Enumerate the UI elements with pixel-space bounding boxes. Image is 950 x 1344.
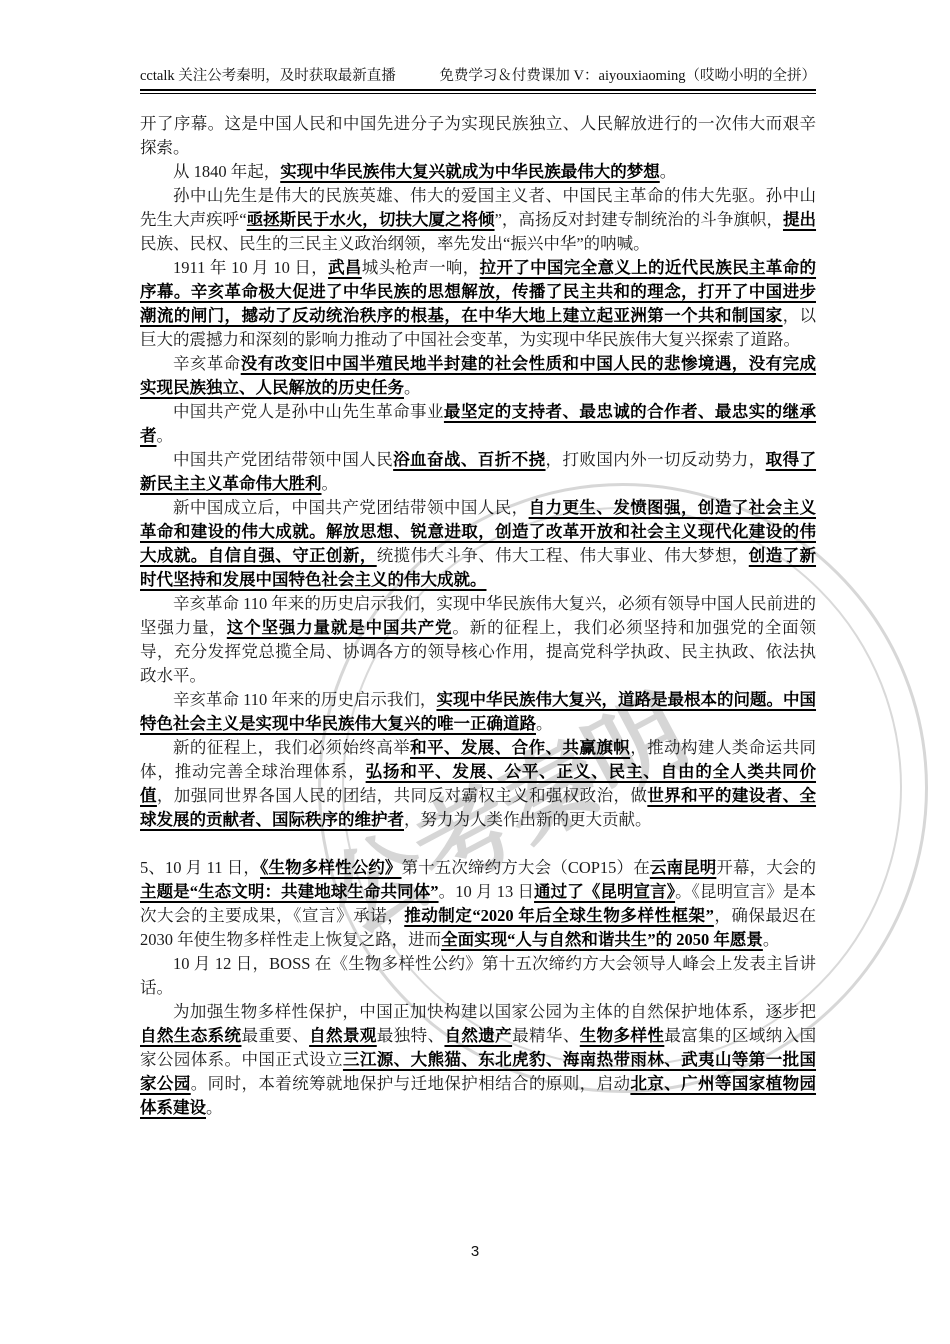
- emphasized-text: 自然景观: [309, 1026, 377, 1045]
- text-run: 。: [157, 426, 174, 445]
- text-run: ，努力为人类作出新的更大贡献。: [404, 810, 652, 829]
- emphasized-text: 没有改变旧中国半殖民地半封建的社会性质和中国人民的悲惨境遇，没有完成实现民族独立…: [140, 354, 816, 397]
- emphasized-text: 推动制定“2020 年后全球生物多样性框架”: [404, 906, 714, 925]
- paragraph: 辛亥革命 110 年来的历史启示我们，实现中华民族伟大复兴，道路是最根本的问题。…: [140, 688, 816, 736]
- document-page: 公考秦明 cctalk 关注公考秦明，及时获取最新直播 免费学习＆付费课加 V：…: [0, 0, 950, 1344]
- page-footer: 3: [0, 1243, 950, 1260]
- text-run: 新中国成立后，中国共产党团结带领中国人民，: [173, 498, 529, 517]
- page-number: 3: [471, 1243, 479, 1260]
- header-right-text: 免费学习＆付费课加 V：aiyouxiaoming（哎呦小明的全拼）: [439, 66, 816, 86]
- text-run: 。: [206, 1098, 223, 1117]
- paragraph: 开了序幕。这是中国人民和中国先进分子为实现民族独立、人民解放进行的一次伟大而艰辛…: [140, 112, 816, 160]
- paragraph: 辛亥革命 110 年来的历史启示我们，实现中华民族伟大复兴，必须有领导中国人民前…: [140, 592, 816, 688]
- emphasized-text: 《生物多样性公约》: [260, 858, 401, 877]
- text-run: 开了序幕。这是中国人民和中国先进分子为实现民族独立、人民解放进行的一次伟大而艰辛…: [140, 114, 816, 157]
- emphasized-text: 这个坚强力量就是中国共产党: [227, 618, 453, 637]
- page-header: cctalk 关注公考秦明，及时获取最新直播 免费学习＆付费课加 V：aiyou…: [140, 66, 816, 94]
- paragraph: 中国共产党团结带领中国人民浴血奋战、百折不挠，打败国内外一切反动势力，取得了新民…: [140, 448, 816, 496]
- text-run: 。: [660, 162, 677, 181]
- header-divider: [140, 89, 816, 94]
- text-run: ，加强同世界各国人民的团结，共同反对霸权主义和强权政治，做: [157, 786, 647, 805]
- text-run: 。: [763, 930, 780, 949]
- text-run: 最重要、: [241, 1026, 309, 1045]
- text-run: 5、10 月 11 日，: [140, 858, 260, 877]
- text-run: 中国共产党人是孙中山先生革命事业: [173, 402, 444, 421]
- paragraph: 为加强生物多样性保护，中国正加快构建以国家公园为主体的自然保护地体系，逐步把自然…: [140, 1000, 816, 1120]
- text-run: 。同时，本着统筹就地保护与迁地保护相结合的原则，启动: [191, 1074, 631, 1093]
- emphasized-text: 亟拯斯民于水火，切扶大厦之将倾: [247, 210, 495, 229]
- emphasized-text: 全面实现“人与自然和谐共生”的 2050 年愿景: [441, 930, 763, 949]
- emphasized-text: 自然生态系统: [140, 1026, 241, 1045]
- text-run: 第十五次缔约方大会（COP15）在: [402, 858, 650, 877]
- text-run: 为加强生物多样性保护，中国正加快构建以国家公园为主体的自然保护地体系，逐步把: [173, 1002, 816, 1021]
- emphasized-text: 通过了《昆明宣言》: [534, 882, 675, 901]
- paragraph: 5、10 月 11 日，《生物多样性公约》第十五次缔约方大会（COP15）在云南…: [140, 856, 816, 952]
- text-run: 新的征程上，我们必须始终高举: [173, 738, 410, 757]
- emphasized-text: 提出: [783, 210, 816, 229]
- text-run: 城头枪声一响，: [362, 258, 480, 277]
- text-run: ，打败国内外一切反动势力，: [546, 450, 766, 469]
- header-left-text: cctalk 关注公考秦明，及时获取最新直播: [140, 66, 396, 86]
- paragraph: 新的征程上，我们必须始终高举和平、发展、合作、共赢旗帜，推动构建人类命运共同体，…: [140, 736, 816, 832]
- text-run: 。: [322, 474, 339, 493]
- emphasized-text: 自然遗产: [444, 1026, 512, 1045]
- text-run: 民族、民权、民生的三民主义政治纲领，率先发出“振兴中华”的呐喊。: [140, 234, 650, 253]
- paragraph: 新中国成立后，中国共产党团结带领中国人民，自力更生、发愤图强，创造了社会主义革命…: [140, 496, 816, 592]
- emphasized-text: 和平、发展、合作、共赢旗帜: [410, 738, 630, 757]
- text-run: 统揽伟大斗争、伟大工程、伟大事业、伟大梦想，: [377, 546, 749, 565]
- text-run: 10 月 12 日，BOSS 在《生物多样性公约》第十五次缔约方大会领导人峰会上…: [140, 954, 816, 997]
- emphasized-text: 武昌: [328, 258, 362, 277]
- text-run: 。: [536, 714, 553, 733]
- text-run: 开幕，大会的: [716, 858, 816, 877]
- text-run: 中国共产党团结带领中国人民: [173, 450, 393, 469]
- text-run: 辛亥革命: [173, 354, 241, 373]
- text-run: ”，高扬反对封建专制统治的斗争旗帜，: [495, 210, 783, 229]
- text-run: 辛亥革命 110 年来的历史启示我们，: [173, 690, 436, 709]
- text-run: 1911 年 10 月 10 日，: [173, 258, 328, 277]
- paragraph: 中国共产党人是孙中山先生革命事业最坚定的支持者、最忠诚的合作者、最忠实的继承者。: [140, 400, 816, 448]
- text-run: 。10 月 13 日: [439, 882, 534, 901]
- emphasized-text: 实现中华民族伟大复兴就成为中华民族最伟大的梦想: [280, 162, 660, 181]
- paragraph: 辛亥革命没有改变旧中国半殖民地半封建的社会性质和中国人民的悲惨境遇，没有完成实现…: [140, 352, 816, 400]
- paragraph: 从 1840 年起，实现中华民族伟大复兴就成为中华民族最伟大的梦想。: [140, 160, 816, 184]
- paragraph: 10 月 12 日，BOSS 在《生物多样性公约》第十五次缔约方大会领导人峰会上…: [140, 952, 816, 1000]
- emphasized-text: 浴血奋战、百折不挠: [393, 450, 545, 469]
- emphasized-text: 生物多样性: [580, 1026, 665, 1045]
- text-run: 最独特、: [377, 1026, 445, 1045]
- document-body: 开了序幕。这是中国人民和中国先进分子为实现民族独立、人民解放进行的一次伟大而艰辛…: [140, 112, 816, 1120]
- emphasized-text: 主题是“生态文明：共建地球生命共同体”: [140, 882, 439, 901]
- emphasized-text: 云南昆明: [650, 858, 717, 877]
- paragraph: 孙中山先生是伟大的民族英雄、伟大的爱国主义者、中国民主革命的伟大先驱。孙中山先生…: [140, 184, 816, 256]
- text-run: 最精华、: [512, 1026, 580, 1045]
- paragraph: 1911 年 10 月 10 日，武昌城头枪声一响，拉开了中国完全意义上的近代民…: [140, 256, 816, 352]
- text-run: 。: [404, 378, 421, 397]
- text-run: 从 1840 年起，: [173, 162, 280, 181]
